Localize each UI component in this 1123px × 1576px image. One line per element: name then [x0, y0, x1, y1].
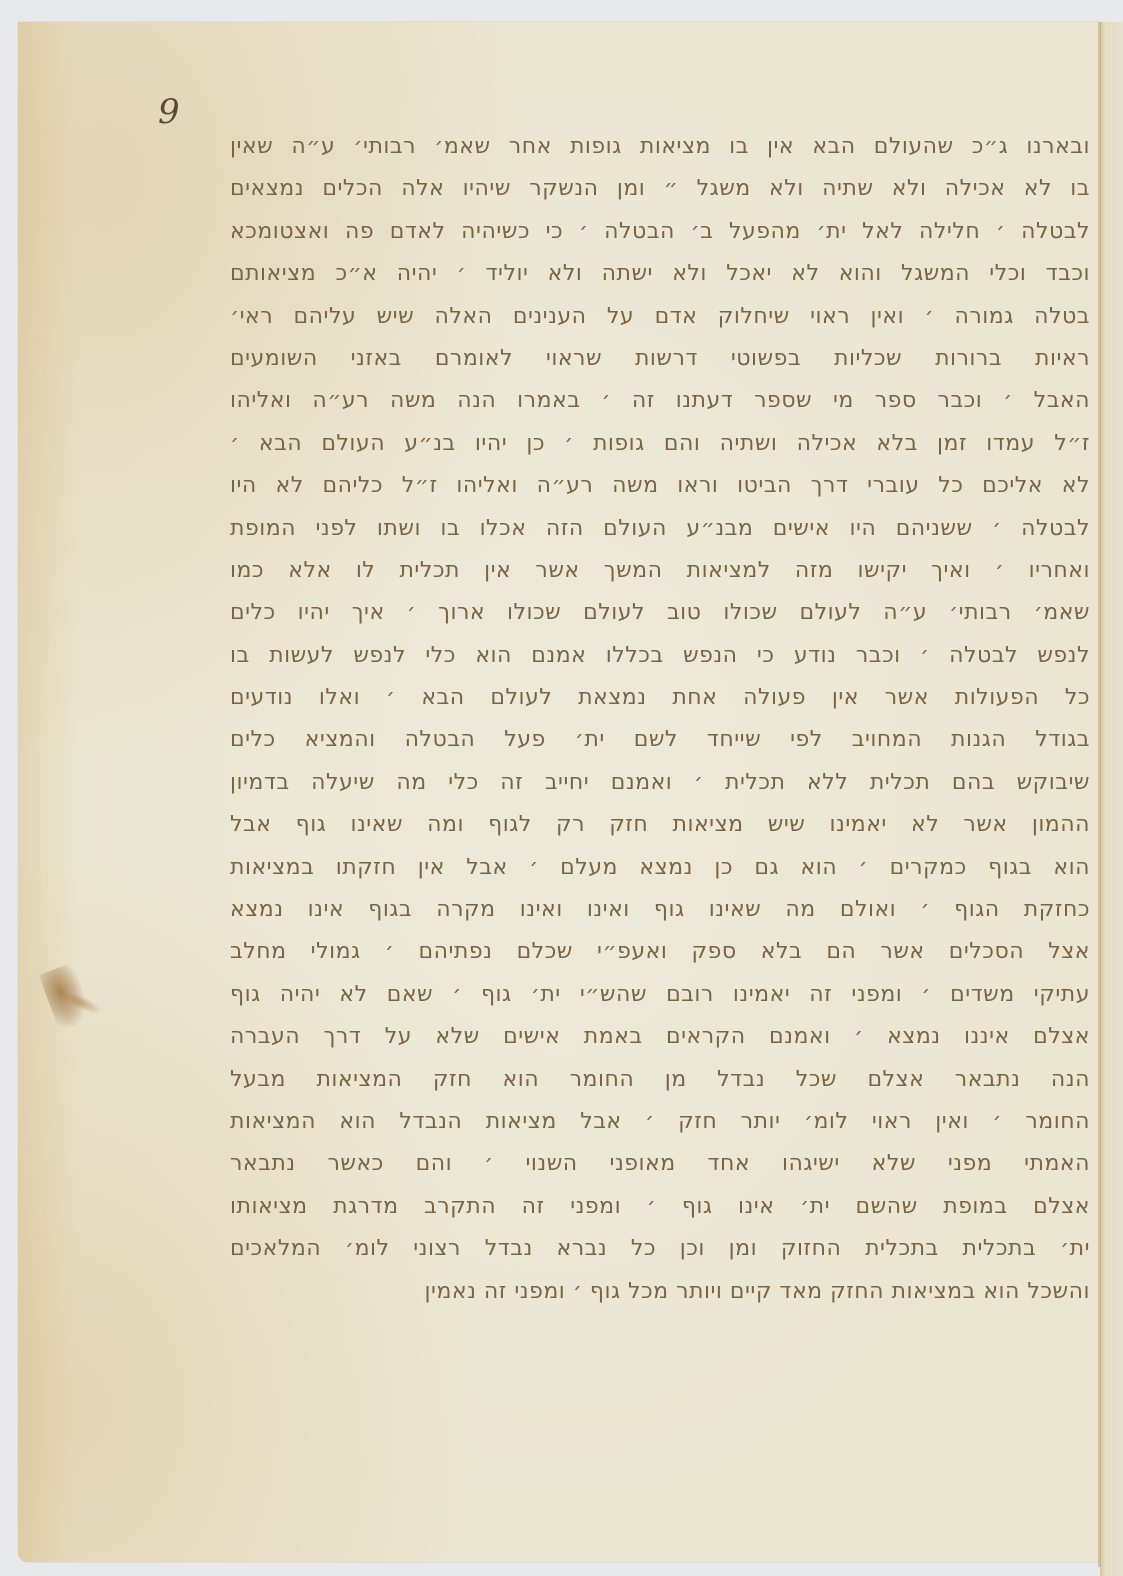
text-line: לנפש לבטלה ׳ וכבר נודע כי הנפש בכללו אמנ… — [230, 635, 1090, 677]
text-line: ואחריו ׳ ואיך יקישו מזה למציאות המשך אשר… — [230, 550, 1090, 592]
text-line: האבל ׳ וכבר ספר מי שספר דעתנו זה ׳ באמרו… — [230, 380, 1090, 422]
text-line: ההמון אשר לא יאמינו שיש מציאות חזק רק לג… — [230, 804, 1090, 846]
text-line: בו לא אכילה ולא שתיה ולא משגל ״ ומן הנשק… — [230, 168, 1090, 210]
text-line: אצל הסכלים אשר הם בלא ספק ואעפ״י שכלם נפ… — [230, 931, 1090, 973]
text-line: אצלם במופת שהשם ית׳ אינו גוף ׳ ומפני זה … — [230, 1186, 1090, 1228]
text-line: שיבוקש בהם תכלית ללא תכלית ׳ ואמנם יחייב… — [230, 762, 1090, 804]
text-line: כל הפעולות אשר אין פעולה אחת נמצאת לעולם… — [230, 677, 1090, 719]
text-line: לבטלה ׳ ששניהם היו אישים מבנ״ע העולם הזה… — [230, 508, 1090, 550]
text-line: ובארנו ג״כ שהעולם הבא אין בו מציאות גופו… — [230, 126, 1090, 168]
text-line: האמתי מפני שלא ישיגהו אחד מאופני השנוי ׳… — [230, 1143, 1090, 1185]
text-line: הנה נתבאר אצלם שכל נבדל מן החומר הוא חזק… — [230, 1059, 1090, 1101]
text-line: ית׳ בתכלית בתכלית החזוק ומן וכן כל נברא … — [230, 1228, 1090, 1270]
text-line: החומר ׳ ואין ראוי לומ׳ יותר חזק ׳ אבל מצ… — [230, 1101, 1090, 1143]
text-line: כחזקת הגוף ׳ ואולם מה שאינו גוף ואינו וא… — [230, 889, 1090, 931]
text-line: וכבד וכלי המשגל והוא לא יאכל ולא ישתה ול… — [230, 253, 1090, 295]
binding-gutter — [1100, 22, 1123, 1576]
gutter-shadow — [1098, 22, 1101, 1567]
manuscript-scan: 9 ובארנו ג״כ שהעולם הבא אין בו מציאות גו… — [0, 0, 1123, 1576]
text-line: לא אליכם כל עוברי דרך הביטו וראו משה רע״… — [230, 465, 1090, 507]
text-line: בטלה גמורה ׳ ואין ראוי שיחלוק אדם על הענ… — [230, 296, 1090, 338]
text-line: עתיקי משדים ׳ ומפני זה יאמינו רובם שהש״י… — [230, 974, 1090, 1016]
text-line: לבטלה ׳ חלילה לאל ית׳ מהפעל ב׳ הבטלה ׳ כ… — [230, 211, 1090, 253]
text-line: הוא בגוף כמקרים ׳ הוא גם כן נמצא מעלם ׳ … — [230, 847, 1090, 889]
text-line: בגודל הגנות המחויב לפי שייחד לשם ית׳ פעל… — [230, 719, 1090, 761]
text-line: ז״ל עמדו זמן בלא אכילה ושתיה והם גופות ׳… — [230, 423, 1090, 465]
text-line: שאמ׳ רבותי׳ ע״ה לעולם שכולו טוב לעולם שכ… — [230, 592, 1090, 634]
text-line: אצלם איננו נמצא ׳ ואמנם הקראים באמת אישי… — [230, 1016, 1090, 1058]
folio-number: 9 — [158, 92, 180, 132]
text-line: והשכל הוא במציאות החזק מאד קיים ויותר מכ… — [230, 1271, 1090, 1313]
manuscript-text: ובארנו ג״כ שהעולם הבא אין בו מציאות גופו… — [230, 126, 1090, 1313]
text-line: ראיות ברורות שכליות בפשוטי דרשות שראוי ל… — [230, 338, 1090, 380]
